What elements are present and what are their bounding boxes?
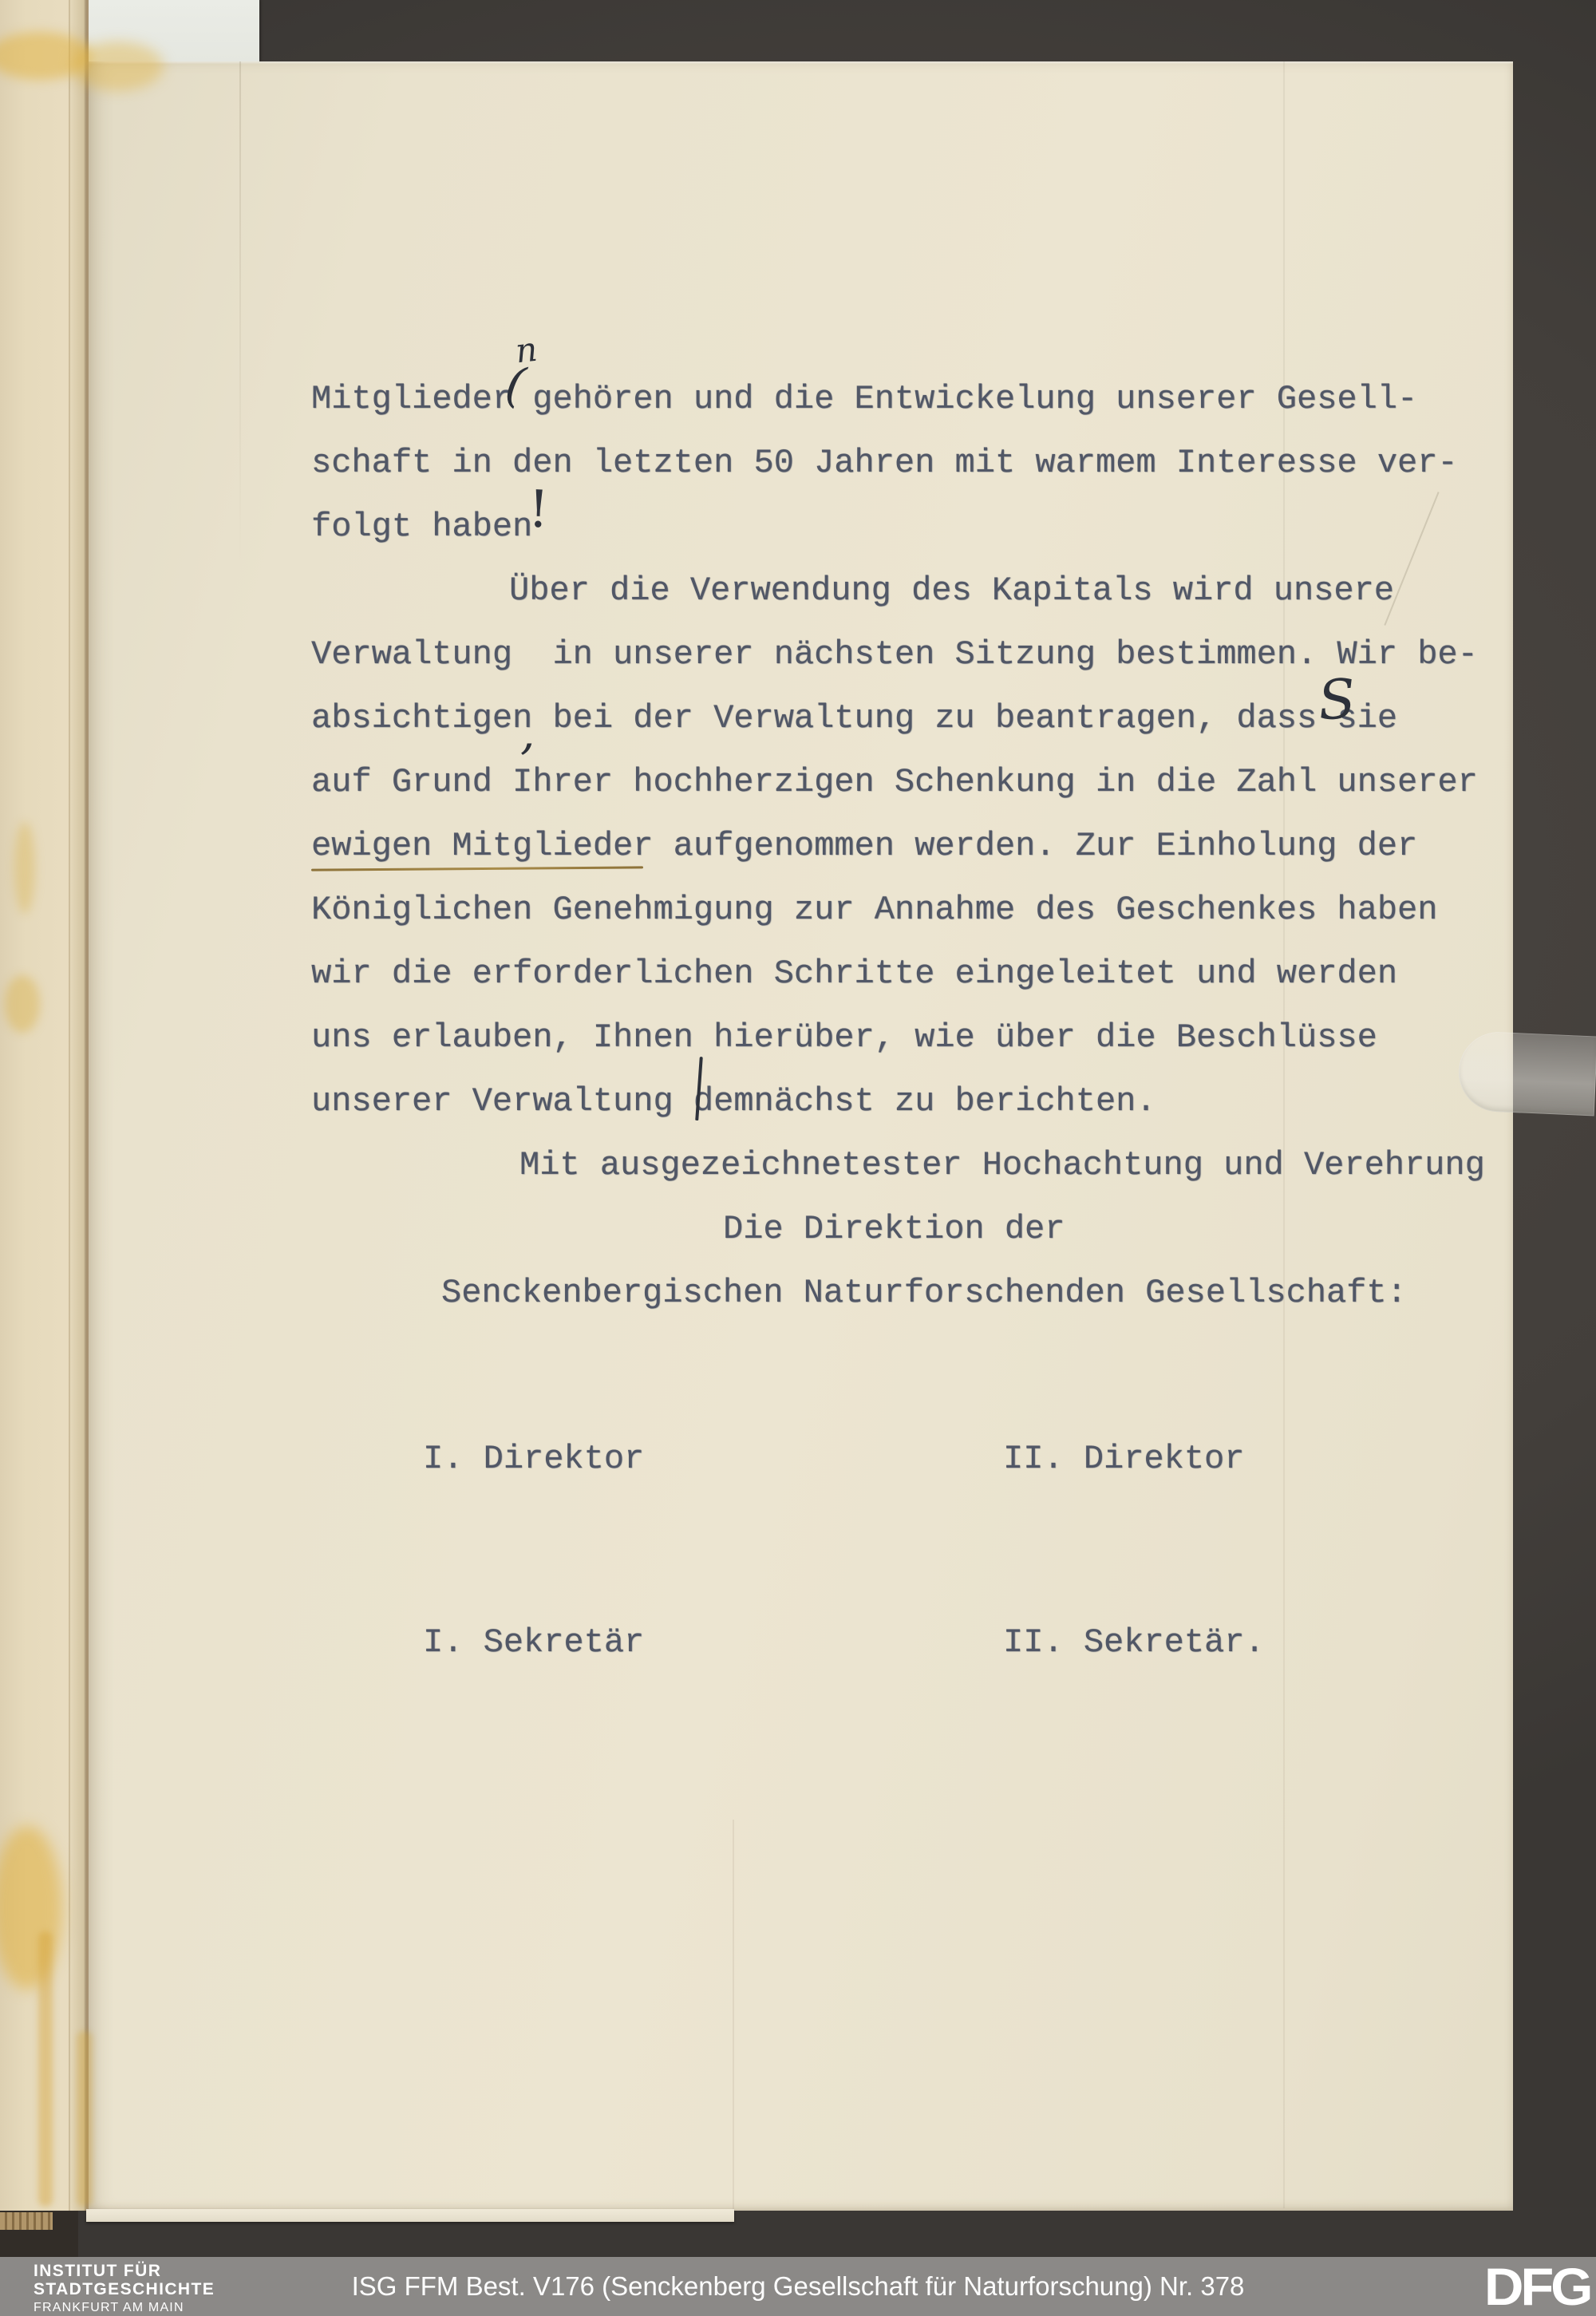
typed-line: schaft in den letzten 50 Jahren mit warm… bbox=[311, 431, 1485, 495]
signature-label-first-director: I. Direktor bbox=[423, 1427, 644, 1491]
dfg-logo: DFG bbox=[1484, 2255, 1590, 2314]
typed-line: Die Direktion der bbox=[723, 1197, 1485, 1261]
under-sheet-bottom-edge bbox=[86, 2209, 734, 2222]
typed-line: Über die Verwendung des Kapitals wird un… bbox=[509, 559, 1485, 622]
footer-caption-bar: INSTITUT FÜR STADTGESCHICHTE FRANKFURT A… bbox=[0, 2257, 1596, 2316]
archive-reference-caption: ISG FFM Best. V176 (Senckenberg Gesellsc… bbox=[0, 2257, 1596, 2316]
typed-line: unserer Verwaltung demnächst zu berichte… bbox=[311, 1069, 1485, 1133]
book-block-page-edges bbox=[0, 2212, 53, 2230]
typed-line: Königlichen Genehmigung zur Annahme des … bbox=[311, 878, 1485, 942]
binding-edge-strip bbox=[0, 0, 89, 2211]
signature-label-first-secretary: I. Sekretär bbox=[423, 1611, 644, 1674]
typed-line: uns erlauben, Ihnen hierüber, wie über d… bbox=[311, 1006, 1485, 1069]
plastic-page-tab bbox=[1457, 1030, 1596, 1116]
typed-line: Mit ausgezeichnetester Hochachtung und V… bbox=[519, 1133, 1485, 1197]
typed-line: absichtigen bei der Verwaltung zu beantr… bbox=[311, 686, 1485, 750]
typed-line: Verwaltung in unserer nächsten Sitzung b… bbox=[311, 622, 1485, 686]
typed-line: auf Grund Ihrer hochherzigen Schenkung i… bbox=[311, 750, 1485, 814]
typed-line: wir die erforderlichen Schritte eingelei… bbox=[311, 942, 1485, 1006]
typed-line: Mitglieder gehören und die Entwickelung … bbox=[311, 367, 1485, 431]
archive-scan-viewer: { "colors": { "background": "#433f3b", "… bbox=[0, 0, 1596, 2316]
typed-line: ewigen Mitglieder aufgenommen werden. Zu… bbox=[311, 814, 1485, 878]
typed-line: folgt haben bbox=[311, 495, 1485, 559]
under-sheet-top-edge bbox=[86, 0, 259, 61]
typed-line: Senckenbergischen Naturforschenden Gesel… bbox=[441, 1261, 1485, 1325]
signature-label-second-director: II. Direktor bbox=[1003, 1427, 1244, 1491]
signature-label-second-secretary: II. Sekretär. bbox=[1003, 1611, 1265, 1674]
letter-body: Mitglieder gehören und die Entwickelung … bbox=[311, 367, 1485, 1325]
